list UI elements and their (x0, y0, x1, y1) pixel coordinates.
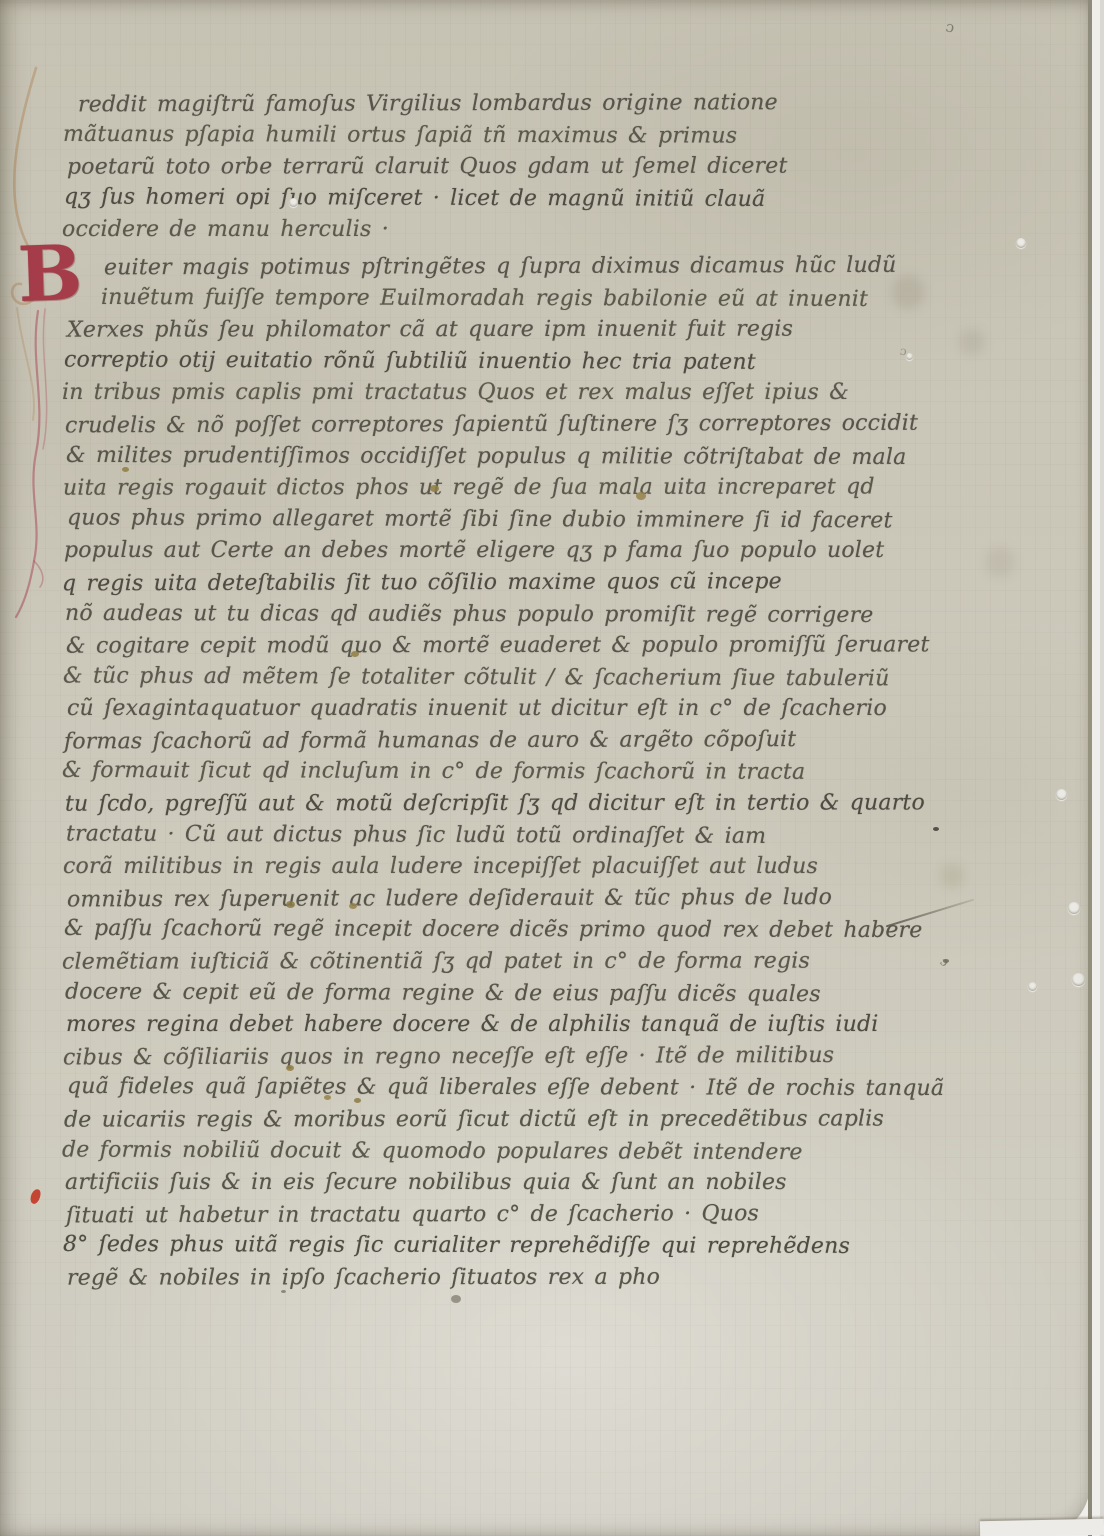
manuscript-line: formas ſcachorũ ad formã humanas de auro… (64, 723, 944, 757)
manuscript-line: & milites prudentiſſimos occidiſſet popu… (66, 439, 946, 473)
ink-squiggle-top-right: ɔ (944, 17, 956, 36)
paragraph-2: B euiter magis potimus pſtringẽtes q ſup… (64, 251, 944, 1294)
stain-speck (349, 903, 357, 909)
manuscript-line: mãtuanus pſapia humili ortus ſapiã tñ ma… (63, 119, 943, 153)
manuscript-line: quos phus primo allegaret mortẽ ſibi ſin… (67, 502, 947, 537)
manuscript-line: corã militibus in regis aula ludere ince… (63, 851, 943, 883)
manuscript-line: artificiis ſuis & in eis ſecure nobilibu… (65, 1167, 945, 1199)
wormhole (289, 198, 298, 207)
ink-smudge (891, 275, 925, 309)
manuscript-line: euiter magis potimus pſtringẽtes q ſupra… (104, 250, 946, 284)
manuscript-line: omnibus rex ſuperuenit ac ludere deſider… (67, 881, 947, 915)
stain-speck (122, 467, 129, 472)
wormhole (1016, 238, 1026, 248)
parchment-leaf: reddit magiſtrũ famoſus Virgilius lombar… (0, 0, 1090, 1536)
manuscript-line: inuẽtum fuiſſe tempore Euilmoradah regis… (101, 282, 943, 316)
stain-speck (451, 1295, 461, 1303)
stain-speck (933, 827, 939, 831)
manuscript-line: correptio otij euitatio rõnũ ſubtiliũ in… (64, 344, 944, 379)
wormhole (1056, 789, 1067, 800)
stain-speck (286, 1065, 294, 1071)
wormhole (906, 353, 913, 360)
manuscript-line: & paſſu ſcachorũ regẽ incepit docere dic… (64, 913, 944, 947)
next-leaf-fore-edge (1092, 0, 1100, 1536)
stain-speck (636, 492, 646, 500)
manuscript-line: Xerxes phũs ſeu philomator cã at quare i… (67, 314, 947, 347)
wormhole (1068, 902, 1080, 914)
manuscript-line: tractatu · Cũ aut dictus phus ſic ludũ t… (66, 818, 946, 853)
manuscript-line: regẽ & nobiles in ipſo ſcacherio ſituato… (67, 1261, 947, 1294)
bottom-corner-edge (980, 1519, 1104, 1536)
stain-speck (286, 901, 295, 908)
rubricated-initial-B: B (17, 238, 84, 310)
manuscript-line: & formauit ſicut qd incluſum in c° de fo… (62, 755, 942, 789)
manuscript-line: populus aut Certe an debes mortẽ eligere… (64, 535, 944, 567)
manuscript-line: clemẽtiam iuſticiã & cõtinentiã ſʒ qd pa… (62, 945, 942, 978)
manuscript-line: de uicariis regis & moribus eorũ ſicut d… (64, 1103, 944, 1136)
manuscript-line: docere & cepit eũ de forma regine & de e… (65, 976, 945, 1011)
manuscript-line: 8° ſedes phus uitã regis ſic curialiter … (63, 1229, 943, 1263)
manuscript-line: crudelis & nõ poſſet correptores ſapient… (65, 408, 945, 442)
manuscript-line: ſituati ut habetur in tractatu quarto c°… (66, 1197, 946, 1231)
stain-speck (324, 1095, 331, 1100)
red-paragraph-mark (29, 1188, 41, 1205)
ink-smudge (985, 547, 1015, 577)
paragraph-1: reddit magiſtrũ famoſus Virgilius lombar… (64, 88, 944, 246)
manuscript-line: q regis uita deteſtabilis ſit tuo cõſili… (62, 566, 942, 600)
wormhole (1072, 973, 1085, 986)
text-block: reddit magiſtrũ famoſus Virgilius lombar… (64, 88, 944, 1294)
manuscript-line: reddit magiſtrũ famoſus Virgilius lombar… (78, 87, 946, 121)
wormhole (1028, 982, 1037, 991)
manuscript-line: nõ audeas ut tu dicas qd audiẽs phus pop… (65, 597, 945, 631)
manuscript-line: qʒ ſus homeri opi ſuo miſceret · licet d… (64, 181, 944, 216)
manuscript-line: quã fideles quã ſapiẽtes & quã liberales… (67, 1071, 947, 1105)
manuscript-scan: reddit magiſtrũ famoſus Virgilius lombar… (0, 0, 1104, 1536)
stain-speck (943, 959, 949, 963)
stain-speck (430, 485, 439, 492)
manuscript-line: cibus & cõſiliariis quos in regno neceſſ… (63, 1039, 943, 1073)
manuscript-line: in tribus pmis caplis pmi tractatus Quos… (62, 377, 942, 409)
stain-speck (351, 651, 359, 657)
manuscript-line: cũ ſexagintaquatuor quadratis inuenit ut… (67, 693, 947, 725)
manuscript-line: tu ſcdo, pgreſſũ aut & motũ deſcripſit ſ… (65, 787, 945, 820)
manuscript-line: mores regina debet habere docere & de al… (66, 1009, 946, 1041)
stain-speck (354, 1098, 361, 1103)
ink-smudge (959, 329, 985, 355)
manuscript-line: uita regis rogauit dictos phos ut regẽ d… (63, 472, 943, 505)
manuscript-line: & cogitare cepit modũ quo & mortẽ euader… (66, 629, 946, 662)
manuscript-line: occidere de manu herculis · (62, 214, 942, 246)
stain-speck (281, 1290, 286, 1293)
manuscript-line: de formis nobiliũ docuit & quomodo popul… (62, 1134, 942, 1169)
ink-smudge (940, 864, 964, 888)
manuscript-line: & tũc phus ad mẽtem ſe totaliter cõtulit… (63, 660, 943, 695)
manuscript-line: poetarũ toto orbe terrarũ claruit Quos g… (67, 151, 947, 184)
fore-edge-outer-strip (1100, 0, 1104, 1536)
